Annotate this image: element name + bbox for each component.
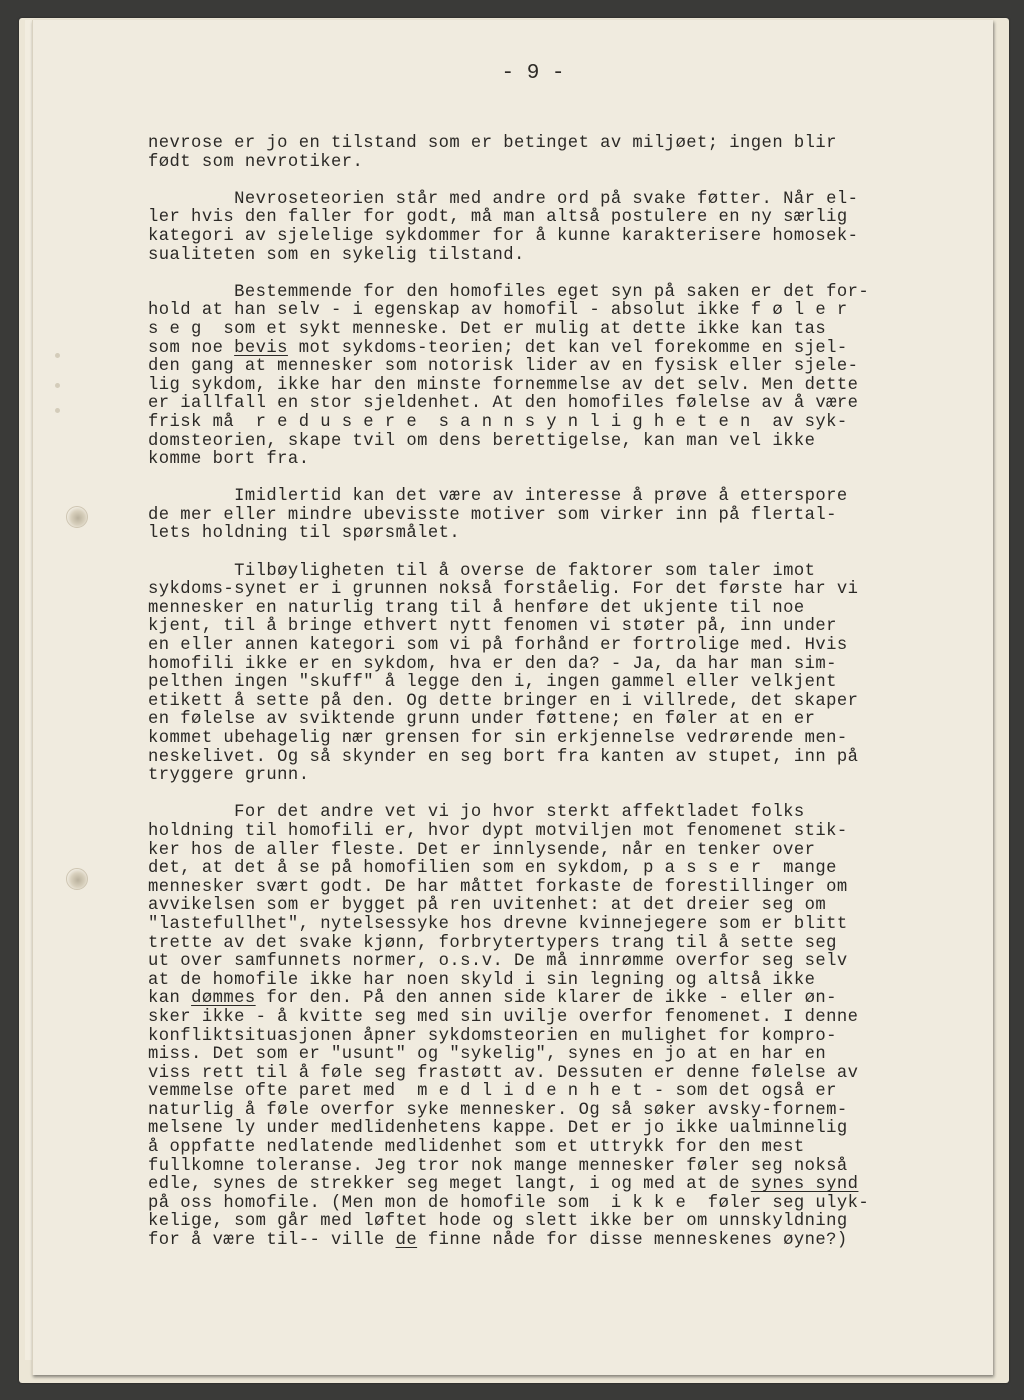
- text-line: frisk må r e d u s e r e s a n n s y n l…: [148, 414, 928, 433]
- text-line: lig sykdom, ikke har den minste fornemme…: [148, 377, 928, 396]
- text-line: melsene ly under medlidenhetens kappe. D…: [148, 1120, 928, 1139]
- text-line: trette av det svake kjønn, forbrytertype…: [148, 935, 928, 954]
- paper-mark-icon: [55, 408, 60, 413]
- text-line: For det andre vet vi jo hvor sterkt affe…: [148, 804, 928, 823]
- text-line: hold at han selv - i egenskap av homofil…: [148, 302, 928, 321]
- text-line: for å være til-- ville de finne nåde for…: [148, 1232, 928, 1251]
- text-line: er iallfall en stor sjeldenhet. At den h…: [148, 395, 928, 414]
- text-line: pelthen ingen "skuff" å legge den i, ing…: [148, 674, 928, 693]
- text-line: avvikelsen som er bygget på ren uvitenhe…: [148, 897, 928, 916]
- text-line: Tilbøyligheten til å overse de faktorer …: [148, 563, 928, 582]
- text-line: nevrose er jo en tilstand som er betinge…: [148, 135, 928, 154]
- typewritten-page: - 9 - nevrose er jo en tilstand som er b…: [32, 20, 993, 1375]
- underlined-emphasis: dømmes: [191, 989, 256, 1008]
- underlined-emphasis: synes synd: [751, 1175, 859, 1194]
- page-number: - 9 -: [33, 62, 993, 85]
- text-line: kommet ubehagelig nær grensen for sin er…: [148, 730, 928, 749]
- text-line: en eller annen kategori som vi på forhån…: [148, 637, 928, 656]
- paper-mark-icon: [55, 383, 60, 388]
- paragraph: For det andre vet vi jo hvor sterkt affe…: [148, 804, 928, 1250]
- text-line: viss rett til å føle seg frastøtt av. De…: [148, 1065, 928, 1084]
- text-line: miss. Det som er "usunt" og "sykelig", s…: [148, 1046, 928, 1065]
- text-line: vemmelse ofte paret med m e d l i d e n …: [148, 1083, 928, 1102]
- underlined-emphasis: de: [396, 1231, 418, 1250]
- text-line: sykdoms-synet er i grunnen nokså forståe…: [148, 581, 928, 600]
- text-line: fullkomne toleranse. Jeg tror nok mange …: [148, 1158, 928, 1177]
- text-line: kan dømmes for den. På den annen side kl…: [148, 990, 928, 1009]
- text-line: "lastefullhet", nytelsessyke hos drevne …: [148, 916, 928, 935]
- paragraph: nevrose er jo en tilstand som er betinge…: [148, 135, 928, 172]
- text-line: etikett å sette på den. Og dette bringer…: [148, 693, 928, 712]
- text-line: på oss homofile. (Men mon de homofile so…: [148, 1195, 928, 1214]
- text-line: at de homofile ikke har noen skyld i sin…: [148, 972, 928, 991]
- text-line: sker ikke - å kvitte seg med sin uvilje …: [148, 1009, 928, 1028]
- text-line: ut over samfunnets normer, o.s.v. De må …: [148, 953, 928, 972]
- text-line: s e g som et sykt menneske. Det er mulig…: [148, 321, 928, 340]
- paragraph: Nevroseteorien står med andre ord på sva…: [148, 191, 928, 265]
- text-line: sualiteten som en sykelig tilstand.: [148, 247, 928, 266]
- text-line: ker hos de aller fleste. Det er innlysen…: [148, 842, 928, 861]
- text-line: kategori av sjelelige sykdommer for å ku…: [148, 228, 928, 247]
- text-line: mennesker svært godt. De har måttet fork…: [148, 879, 928, 898]
- document-body: nevrose er jo en tilstand som er betinge…: [148, 135, 928, 1251]
- paragraph: Tilbøyligheten til å overse de faktorer …: [148, 563, 928, 786]
- paragraph: Bestemmende for den homofiles eget syn p…: [148, 284, 928, 470]
- text-line: en følelse av sviktende grunn under føtt…: [148, 711, 928, 730]
- punch-hole-icon: [66, 868, 88, 890]
- text-line: kjent, til å bringe ethvert nytt fenomen…: [148, 618, 928, 637]
- text-line: Nevroseteorien står med andre ord på sva…: [148, 191, 928, 210]
- paragraph: Imidlertid kan det være av interesse å p…: [148, 488, 928, 544]
- text-line: født som nevrotiker.: [148, 154, 928, 173]
- paper-mark-icon: [55, 353, 60, 358]
- text-line: de mer eller mindre ubevisste motiver so…: [148, 507, 928, 526]
- text-line: Imidlertid kan det være av interesse å p…: [148, 488, 928, 507]
- text-line: kelige, som går med løftet hode og slett…: [148, 1213, 928, 1232]
- text-line: komme bort fra.: [148, 451, 928, 470]
- text-line: å oppfatte nedlatende medlidenhet som et…: [148, 1139, 928, 1158]
- text-line: tryggere grunn.: [148, 767, 928, 786]
- text-line: neskelivet. Og så skynder en seg bort fr…: [148, 749, 928, 768]
- text-line: naturlig å føle overfor syke mennesker. …: [148, 1102, 928, 1121]
- text-line: som noe bevis mot sykdoms-teorien; det k…: [148, 340, 928, 359]
- text-line: Bestemmende for den homofiles eget syn p…: [148, 284, 928, 303]
- text-line: mennesker en naturlig trang til å henfør…: [148, 600, 928, 619]
- text-line: konfliktsituasjonen åpner sykdomsteorien…: [148, 1028, 928, 1047]
- text-line: homofili ikke er en sykdom, hva er den d…: [148, 656, 928, 675]
- text-line: edle, synes de strekker seg meget langt,…: [148, 1176, 928, 1195]
- text-line: holdning til homofili er, hvor dypt motv…: [148, 823, 928, 842]
- text-line: ler hvis den faller for godt, må man alt…: [148, 209, 928, 228]
- punch-hole-icon: [66, 506, 88, 528]
- text-line: det, at det å se på homofilien som en sy…: [148, 860, 928, 879]
- underlined-emphasis: bevis: [234, 339, 288, 358]
- text-line: den gang at mennesker som notorisk lider…: [148, 358, 928, 377]
- text-line: domsteorien, skape tvil om dens berettig…: [148, 433, 928, 452]
- text-line: lets holdning til spørsmålet.: [148, 525, 928, 544]
